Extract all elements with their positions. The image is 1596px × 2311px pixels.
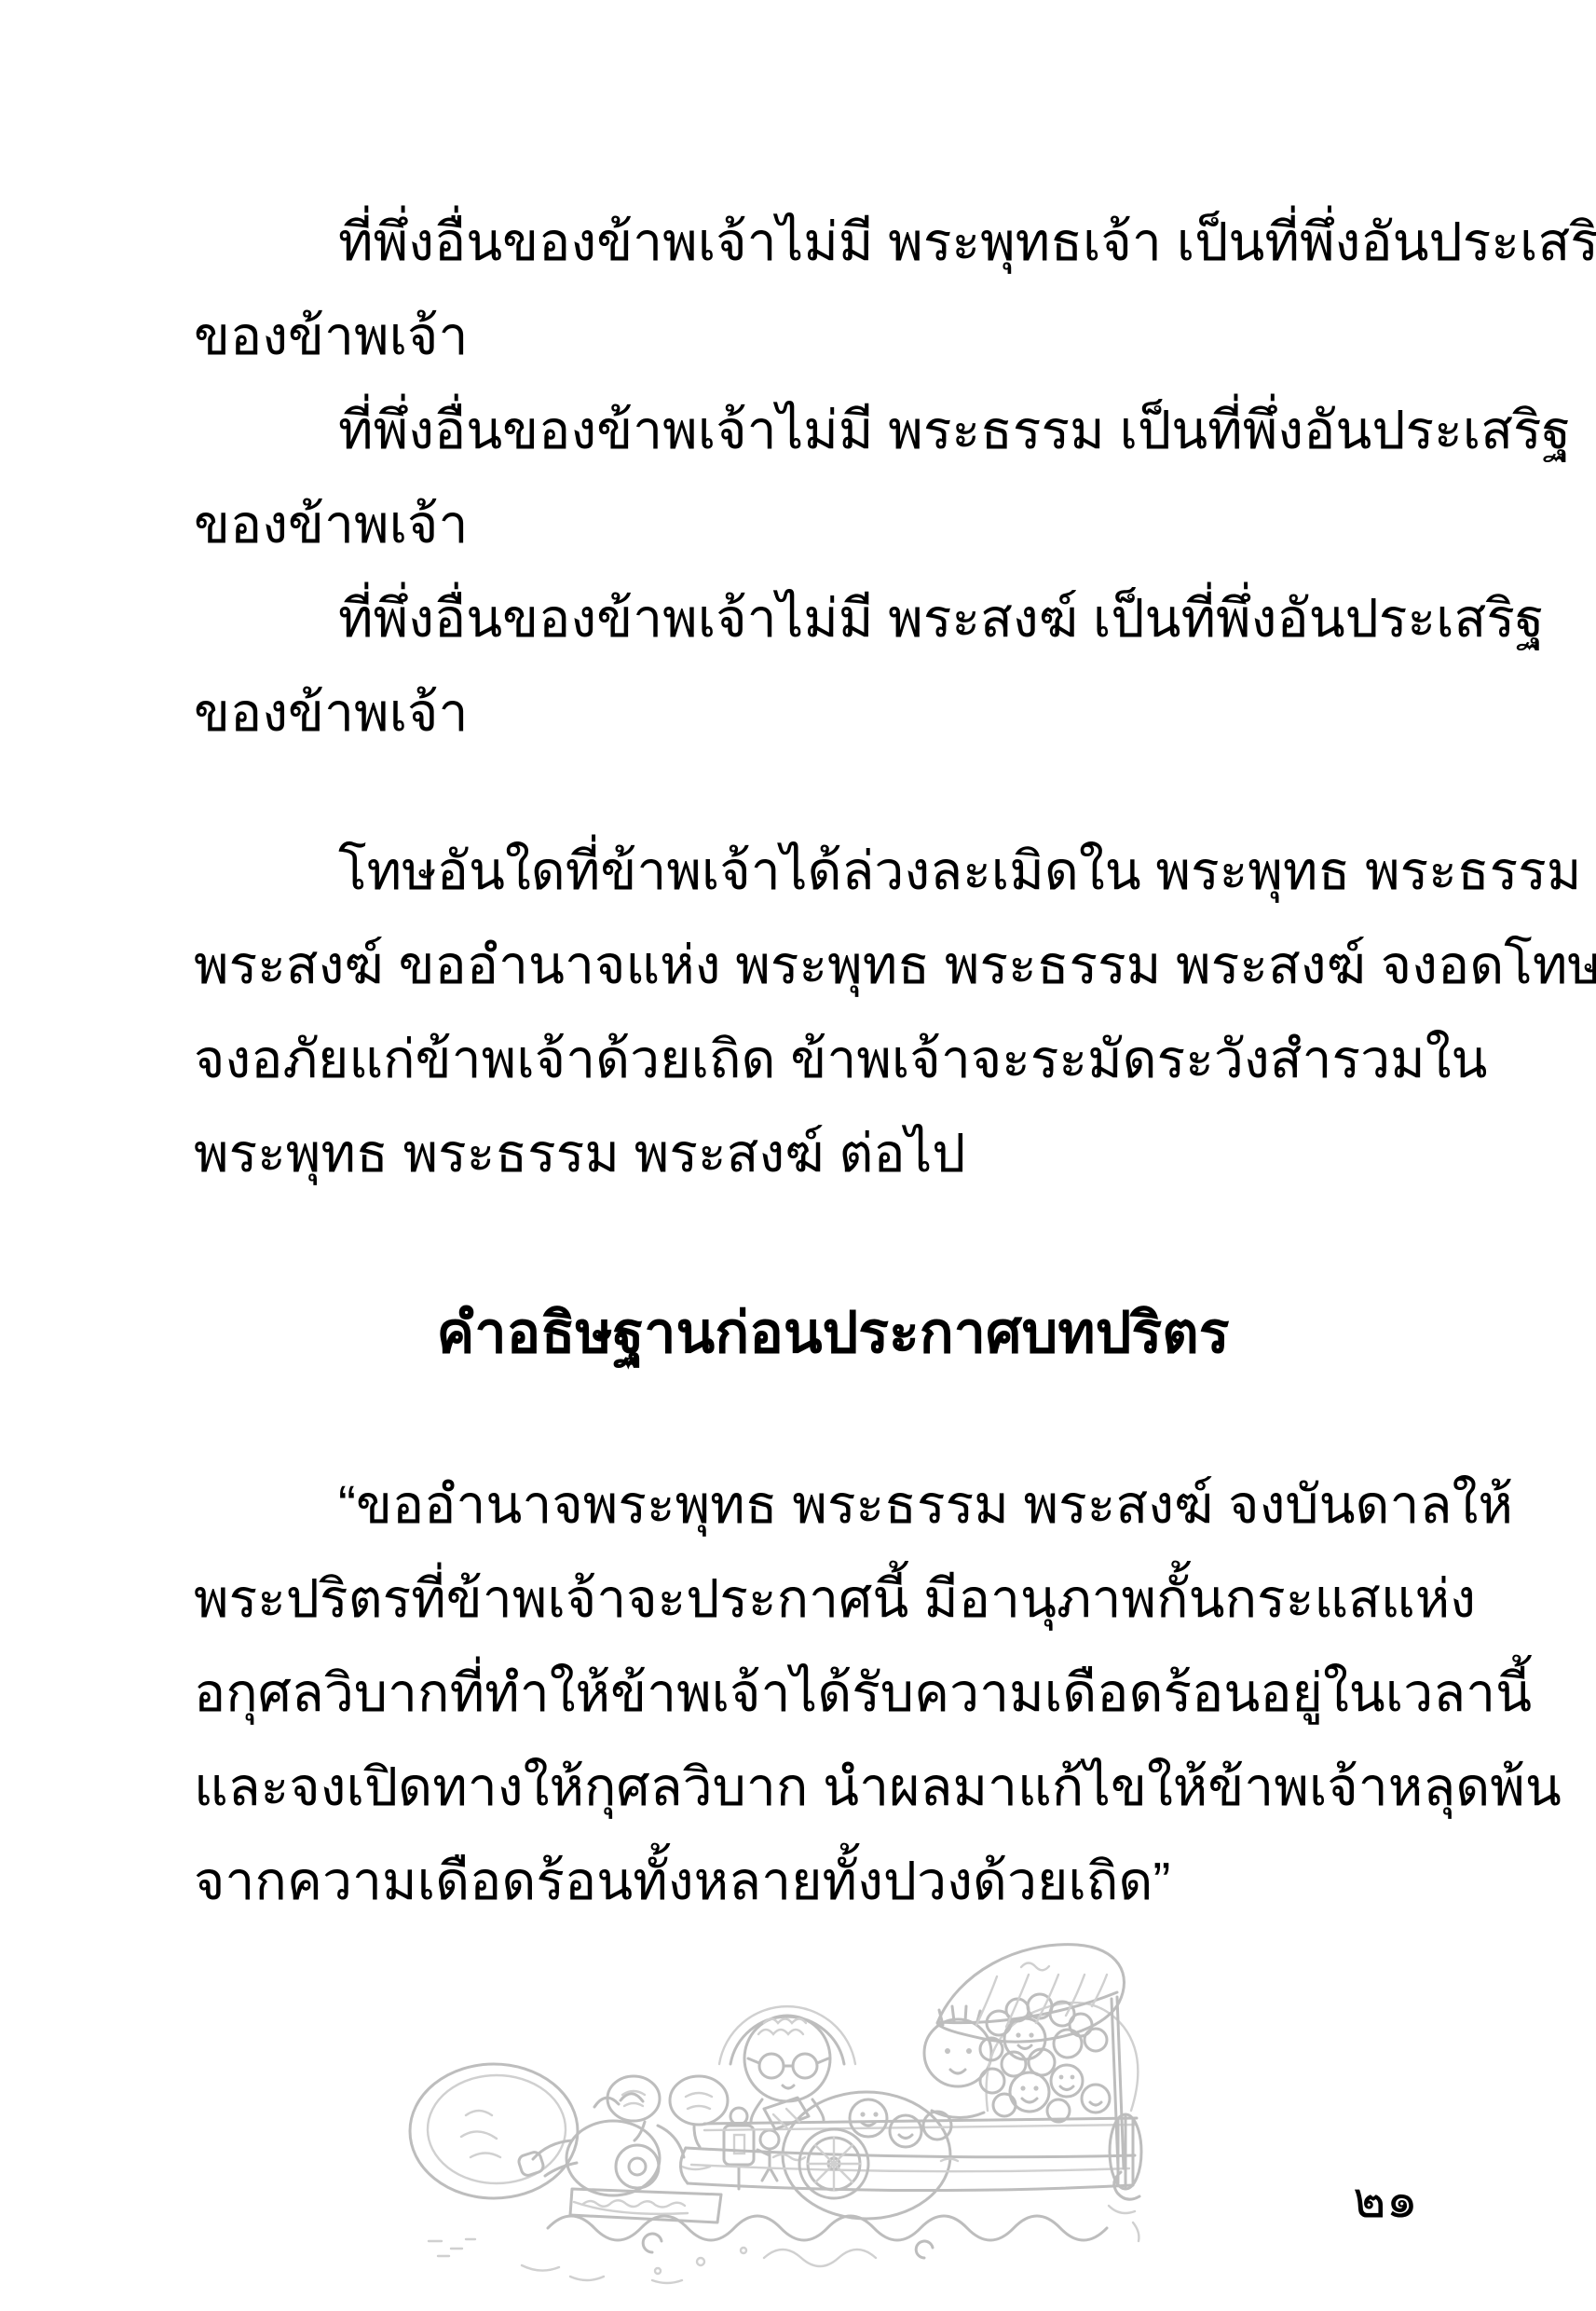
prayer-line: โทษอันใดที่ข้าพเจ้าได้ล่วงละเมิดใน พระพุ…: [194, 825, 1472, 919]
elephant-icon: [517, 2094, 688, 2214]
prayer-line: “ขออำนาจพระพุทธ พระธรรม พระสงฆ์ จงบันดาล…: [194, 1458, 1472, 1552]
monk-figure-icon: [719, 2006, 855, 2129]
prayer-line: จงอภัยแก่ข้าพเจ้าด้วยเถิด ข้าพเจ้าจะระมั…: [194, 1013, 1472, 1107]
waves-icon: [429, 2216, 1107, 2283]
prayer-line: พระพุทธ พระธรรม พระสงฆ์ ต่อไป: [194, 1107, 1472, 1201]
page-number: ๒๑: [1353, 2167, 1418, 2233]
forgiveness-paragraph: โทษอันใดที่ข้าพเจ้าได้ล่วงละเมิดใน พระพุ…: [194, 825, 1472, 1201]
prayer-line: ที่พึ่งอื่นของข้าพเจ้าไม่มี พระสงฆ์ เป็น…: [194, 572, 1472, 666]
book-page: ที่พึ่งอื่นของข้าพเจ้าไม่มี พระพุทธเจ้า …: [0, 0, 1596, 2311]
prayer-line: ที่พึ่งอื่นของข้าพเจ้าไม่มี พระธรรม เป็น…: [194, 384, 1472, 478]
section-heading: คำอธิษฐานก่อนประกาศบทปริตร: [194, 1286, 1472, 1380]
refuge-paragraph: ที่พึ่งอื่นของข้าพเจ้าไม่มี พระพุทธเจ้า …: [194, 196, 1472, 760]
prayer-line: อกุศลวิบากที่ทำให้ข้าพเจ้าได้รับความเดือ…: [194, 1647, 1472, 1741]
aspiration-paragraph: “ขออำนาจพระพุทธ พระธรรม พระสงฆ์ จงบันดาล…: [194, 1458, 1472, 1929]
prayer-line: ของข้าพเจ้า: [194, 666, 1472, 760]
speech-bubbles-icon: [607, 2076, 728, 2147]
prayer-line: ที่พึ่งอื่นของข้าพเจ้าไม่มี พระพุทธเจ้า …: [194, 196, 1472, 290]
page-content: ที่พึ่งอื่นของข้าพเจ้าไม่มี พระพุทธเจ้า …: [194, 196, 1472, 1929]
prayer-line: และจงเปิดทางให้กุศลวิบาก นำผลมาแก้ไขให้ข…: [194, 1741, 1472, 1835]
boat-cart-illustration: [373, 1934, 1267, 2306]
prayer-line: พระสงฆ์ ขออำนาจแห่ง พระพุทธ พระธรรม พระส…: [194, 919, 1472, 1013]
prayer-line: ของข้าพเจ้า: [194, 478, 1472, 572]
prayer-line: จากความเดือดร้อนทั้งหลายทั้งปวงด้วยเถิด”: [194, 1835, 1472, 1929]
prayer-line: ของข้าพเจ้า: [194, 290, 1472, 384]
caption-banner-icon: [570, 2189, 721, 2222]
prayer-line: พระปริตรที่ข้าพเจ้าจะประกาศนี้ มีอานุภาพ…: [194, 1552, 1472, 1647]
thought-cloud-icon: [410, 2064, 578, 2198]
cart-wheel-icon: [799, 2129, 868, 2198]
